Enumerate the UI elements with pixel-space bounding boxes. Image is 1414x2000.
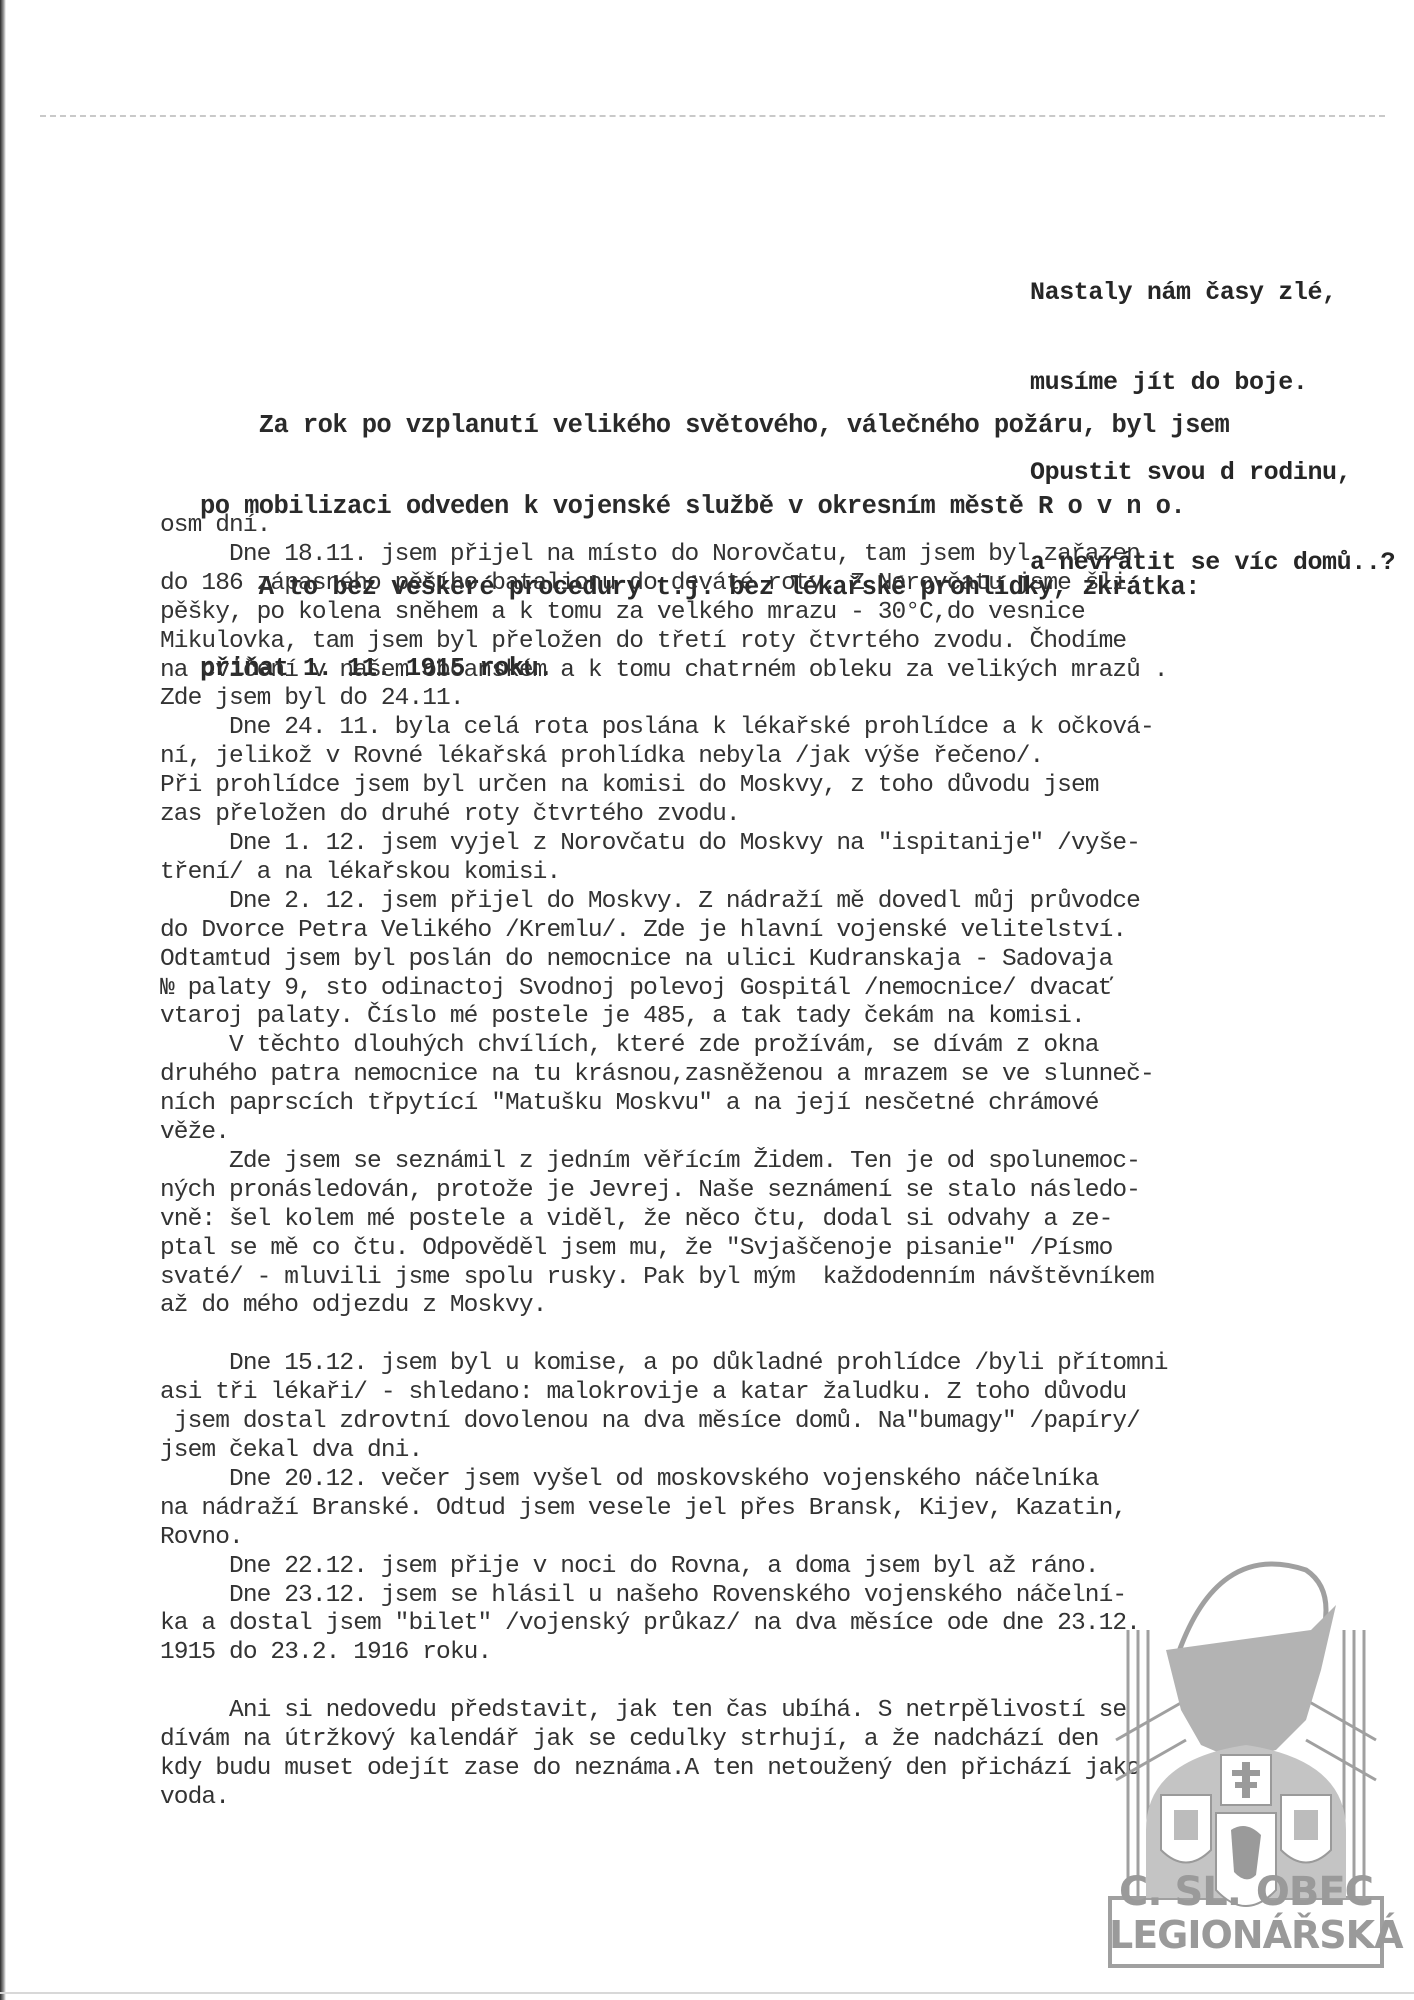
body-line: věže.: [160, 1119, 1168, 1148]
body-line: Dne 24. 11. byla celá rota poslána k lék…: [160, 714, 1168, 743]
body-line: vně: šel kolem mé postele a viděl, že ně…: [160, 1206, 1168, 1235]
poem-line: Nastaly nám časy zlé,: [1030, 278, 1395, 308]
body-line: druhého patra nemocnice na tu krásnou,za…: [160, 1061, 1168, 1090]
body-line: V těchto dlouhých chvílích, které zde pr…: [160, 1032, 1168, 1061]
body-line: asi tři lékaři/ - shledano: malokrovije …: [160, 1379, 1168, 1408]
body-line: zas přeložen do druhé roty čtvrtého zvod…: [160, 801, 1168, 830]
body-line: ních paprscích třpytící "Matušku Moskvu"…: [160, 1090, 1168, 1119]
body-line: [160, 1321, 1168, 1350]
body-line: Odtamtud jsem byl poslán do nemocnice na…: [160, 946, 1168, 975]
body-line: ptal se mě co čtu. Odpověděl jsem mu, že…: [160, 1235, 1168, 1264]
scan-bottom-edge: [0, 1992, 1414, 1994]
intro-line: Za rok po vzplanutí velikého světového, …: [200, 412, 1229, 439]
body-line: voda.: [160, 1784, 1168, 1813]
logo-text-obec: OBEC: [1256, 1872, 1373, 1912]
body-line: Rovno.: [160, 1524, 1168, 1553]
logo-text-line2: LEGIONÁŘSKÁ: [1109, 1915, 1381, 1955]
body-line: pěšky, po kolena sněhem a k tomu za velk…: [160, 599, 1168, 628]
body-line: Dne 15.12. jsem byl u komise, a po důkla…: [160, 1350, 1168, 1379]
body-line: do 186 zápasného pěšího batalionu do dev…: [160, 570, 1168, 599]
body-line: Dne 18.11. jsem přijel na místo do Norov…: [160, 541, 1168, 570]
memoir-body-text: osm dní. Dne 18.11. jsem přijel na místo…: [160, 512, 1168, 1813]
body-line: tření/ a na lékařskou komisi.: [160, 859, 1168, 888]
body-line: dívám na útržkový kalendář jak se cedulk…: [160, 1726, 1168, 1755]
body-line: Při prohlídce jsem byl určen na komisi d…: [160, 772, 1168, 801]
body-line: Ani si nedovedu představit, jak ten čas …: [160, 1697, 1168, 1726]
body-line: 1915 do 23.2. 1916 roku.: [160, 1639, 1168, 1668]
body-line: do Dvorce Petra Velikého /Kremlu/. Zde j…: [160, 917, 1168, 946]
body-line: vtaroj palaty. Číslo mé postele je 485, …: [160, 1003, 1168, 1032]
body-line: Dne 2. 12. jsem přijel do Moskvy. Z nádr…: [160, 888, 1168, 917]
body-line: Zde jsem se seznámil z jedním věřícím Ži…: [160, 1148, 1168, 1177]
scan-page-edge: [0, 0, 6, 2000]
body-line: № palaty 9, sto odinactoj Svodnoj polevo…: [160, 975, 1168, 1004]
body-line: na nádraží Branské. Odtud jsem vesele je…: [160, 1495, 1168, 1524]
body-line: Dne 1. 12. jsem vyjel z Norovčatu do Mos…: [160, 830, 1168, 859]
body-line: Dne 22.12. jsem přije v noci do Rovna, a…: [160, 1553, 1168, 1582]
body-line: Dne 20.12. večer jsem vyšel od moskovské…: [160, 1466, 1168, 1495]
body-line: ných pronásledován, protože je Jevrej. N…: [160, 1177, 1168, 1206]
body-line: Dne 23.12. jsem se hlásil u našeho Roven…: [160, 1582, 1168, 1611]
body-line: až do mého odjezdu z Moskvy.: [160, 1292, 1168, 1321]
top-dashed-rule: [40, 115, 1385, 117]
body-line: Mikulovka, tam jsem byl přeložen do třet…: [160, 628, 1168, 657]
body-line: ní, jelikož v Rovné lékařská prohlídka n…: [160, 743, 1168, 772]
body-line: na cvičení v našem občanském a k tomu ch…: [160, 657, 1168, 686]
body-line: Zde jsem byl do 24.11.: [160, 685, 1168, 714]
body-line: [160, 1668, 1168, 1697]
body-line: svaté/ - mluvili jsme spolu rusky. Pak b…: [160, 1264, 1168, 1293]
logo-text-cs: C. SL.: [1119, 1872, 1241, 1912]
body-line: kdy budu muset odejít zase do neznáma.A …: [160, 1755, 1168, 1784]
body-line: jsem čekal dva dni.: [160, 1437, 1168, 1466]
body-line: jsem dostal zdrovtní dovolenou na dva mě…: [160, 1408, 1168, 1437]
body-line: osm dní.: [160, 512, 1168, 541]
body-line: ka a dostal jsem "bilet" /vojenský průka…: [160, 1610, 1168, 1639]
